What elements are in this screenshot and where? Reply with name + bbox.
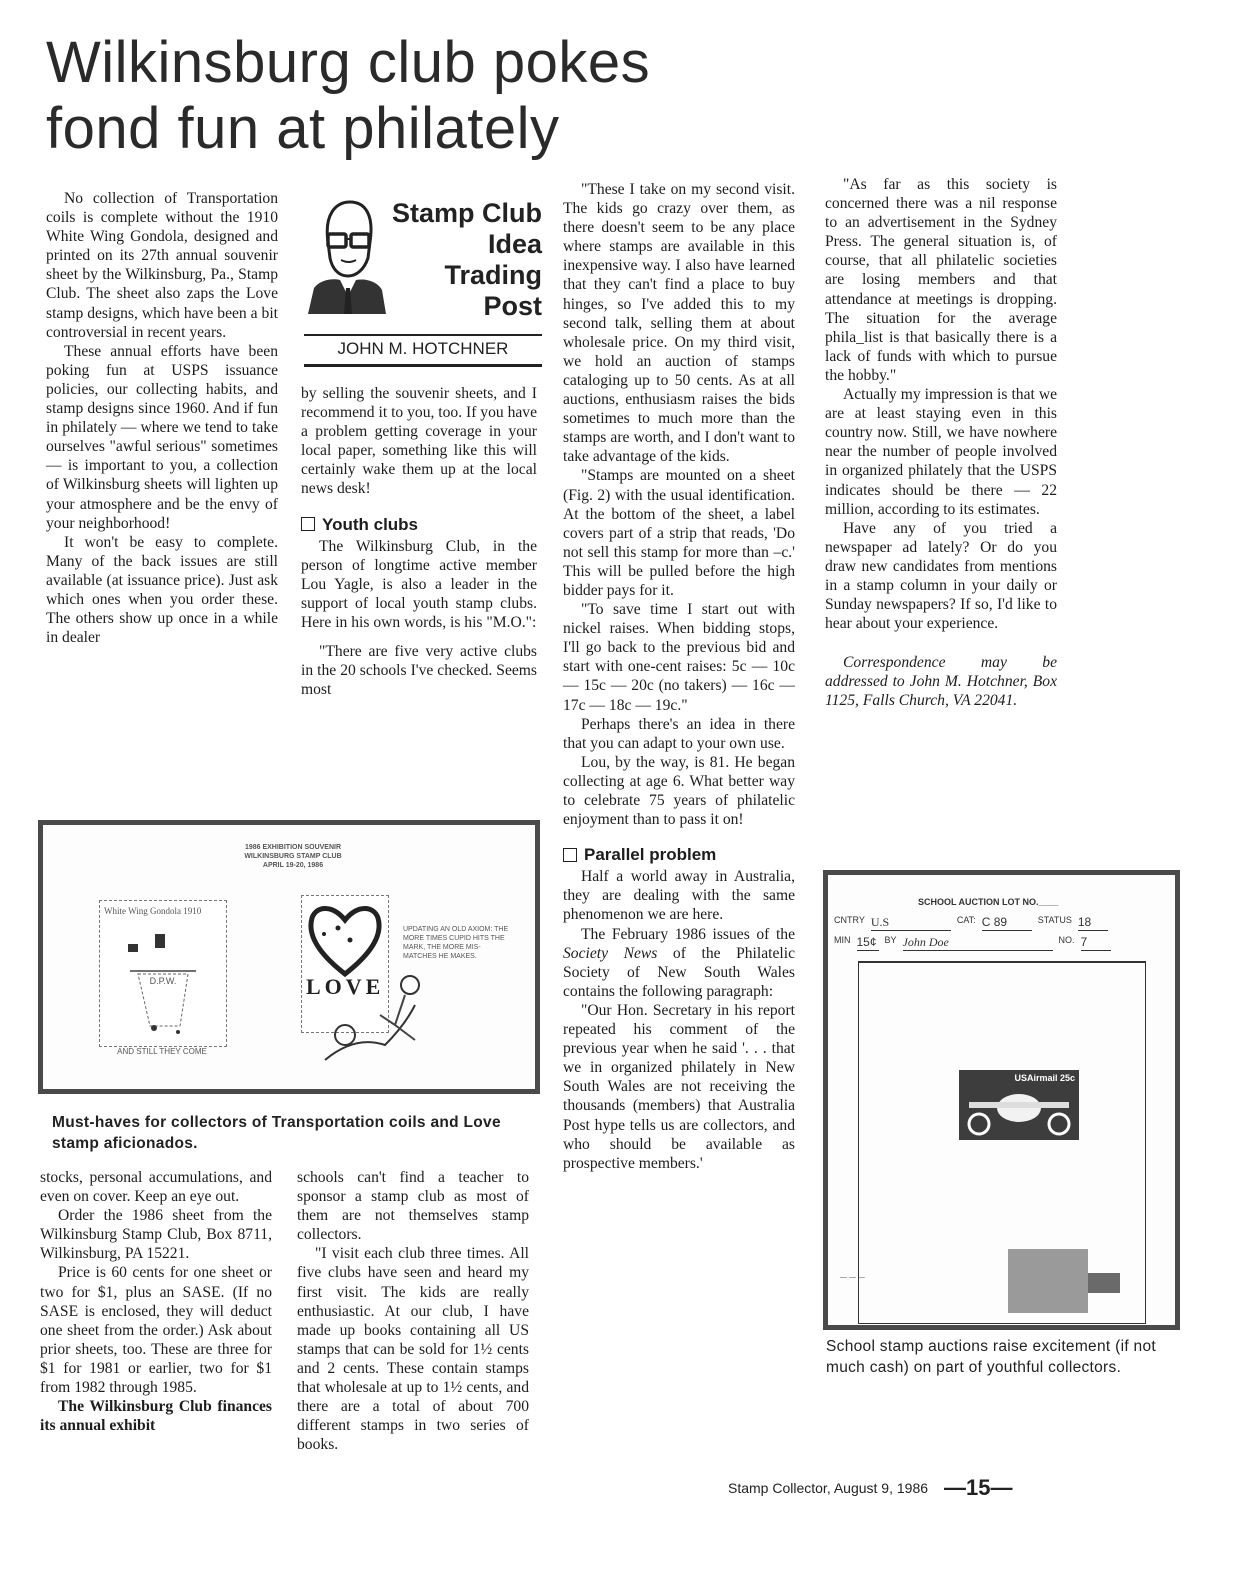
page-footer: Stamp Collector, August 9, 1986 —15— — [728, 1475, 1013, 1501]
checkbox-bullet-icon — [301, 517, 315, 531]
sheet-header: 1986 EXHIBITION SOUVENIR WILKINSBURG STA… — [193, 843, 393, 870]
paragraph: "These I take on my second visit. The ki… — [563, 180, 795, 466]
paragraph: The Wilkinsburg Club, in the person of l… — [301, 537, 537, 632]
paragraph: Actually my impression is that we are at… — [825, 385, 1057, 519]
paragraph: "I visit each club three times. All five… — [297, 1244, 529, 1454]
price-label-stub — [1088, 1273, 1120, 1293]
airplane-icon — [959, 1070, 1079, 1140]
column-2-top: by selling the souvenir sheets, and I re… — [301, 384, 537, 699]
divider — [304, 364, 542, 367]
price-strip: — — — — [840, 1273, 960, 1282]
paragraph: "Our Hon. Secretary in his report repeat… — [563, 1001, 795, 1173]
subhead-youth-clubs: Youth clubs — [301, 515, 537, 534]
paragraph: Half a world away in Australia, they are… — [563, 867, 795, 924]
page-number: —15— — [944, 1475, 1012, 1501]
headline-line-1: Wilkinsburg club pokes — [46, 30, 806, 96]
form-title: SCHOOL AUCTION LOT NO.____ — [918, 897, 1059, 907]
byline: JOHN M. HOTCHNER — [304, 339, 542, 359]
paragraph: The February 1986 issues of the Society … — [563, 925, 795, 1001]
gondola-stamp: White Wing Gondola 1910 D.P.W. — [99, 900, 227, 1047]
paragraph: schools can't find a teacher to sponsor … — [297, 1168, 529, 1244]
paragraph: No collection of Transportation coils is… — [46, 189, 278, 342]
correspondence-note: Correspondence may be addressed to John … — [825, 653, 1057, 710]
column-3: "These I take on my second visit. The ki… — [563, 180, 795, 1173]
auction-lot-sheet-photo: SCHOOL AUCTION LOT NO.____ CNTRY U.S CAT… — [823, 870, 1180, 1330]
paragraph: stocks, personal accumulations, and even… — [40, 1168, 272, 1206]
souvenir-sheet-photo: 1986 EXHIBITION SOUVENIR WILKINSBURG STA… — [38, 820, 540, 1094]
column-logo: Stamp Club Idea Trading Post JOHN M. HOT… — [298, 186, 544, 372]
headline-line-2: fond fun at philately — [46, 96, 806, 162]
columnist-portrait-icon — [306, 196, 386, 314]
paragraph: Have any of you tried a newspaper ad lat… — [825, 519, 1057, 634]
column-2-bottom: schools can't find a teacher to sponsor … — [297, 1168, 529, 1454]
form-row-2: MIN 15¢ BY John Doe NO. 7 — [834, 935, 1174, 951]
form-row-1: CNTRY U.S CAT: C 89 STATUS 18 — [834, 915, 1174, 931]
column-1-top: No collection of Transportation coils is… — [46, 189, 278, 647]
divider — [304, 334, 542, 336]
paragraph: Perhaps there's an idea in there that yo… — [563, 715, 795, 753]
paragraph: Lou, by the way, is 81. He began collect… — [563, 753, 795, 829]
paragraph: It won't be easy to complete. Many of th… — [46, 533, 278, 648]
paragraph: The Wilkinsburg Club finances its annual… — [40, 1397, 272, 1435]
column-4: "As far as this society is concerned the… — [825, 175, 1057, 711]
checkbox-bullet-icon — [563, 848, 577, 862]
headline: Wilkinsburg club pokes fond fun at phila… — [46, 30, 806, 162]
paragraph: "Stamps are mounted on a sheet (Fig. 2) … — [563, 466, 795, 600]
paragraph: "There are five very active clubs in the… — [301, 642, 537, 699]
paragraph: Price is 60 cents for one sheet or two f… — [40, 1263, 272, 1397]
figure-1-caption: Must-haves for collectors of Transportat… — [52, 1112, 532, 1154]
column-1-bottom: stocks, personal accumulations, and even… — [40, 1168, 272, 1435]
publication-date: Stamp Collector, August 9, 1986 — [728, 1480, 928, 1496]
price-label-cover — [1008, 1249, 1088, 1313]
bucket-illustration-icon — [100, 926, 226, 1046]
paragraph: "To save time I start out with nickel ra… — [563, 600, 795, 715]
paragraph: by selling the souvenir sheets, and I re… — [301, 384, 537, 499]
column-title: Stamp Club Idea Trading Post — [392, 198, 542, 322]
paragraph: Order the 1986 sheet from the Wilkinsbur… — [40, 1206, 272, 1263]
paragraph: These annual efforts have been poking fu… — [46, 342, 278, 533]
paragraph: "As far as this society is concerned the… — [825, 175, 1057, 385]
subhead-parallel-problem: Parallel problem — [563, 845, 795, 864]
stamp-mount-frame — [858, 961, 1146, 1324]
airmail-stamp: USAirmail 25c — [959, 1070, 1079, 1140]
figure-2-caption: School stamp auctions raise excitement (… — [826, 1336, 1186, 1378]
cupid-illustration-icon — [305, 965, 435, 1075]
